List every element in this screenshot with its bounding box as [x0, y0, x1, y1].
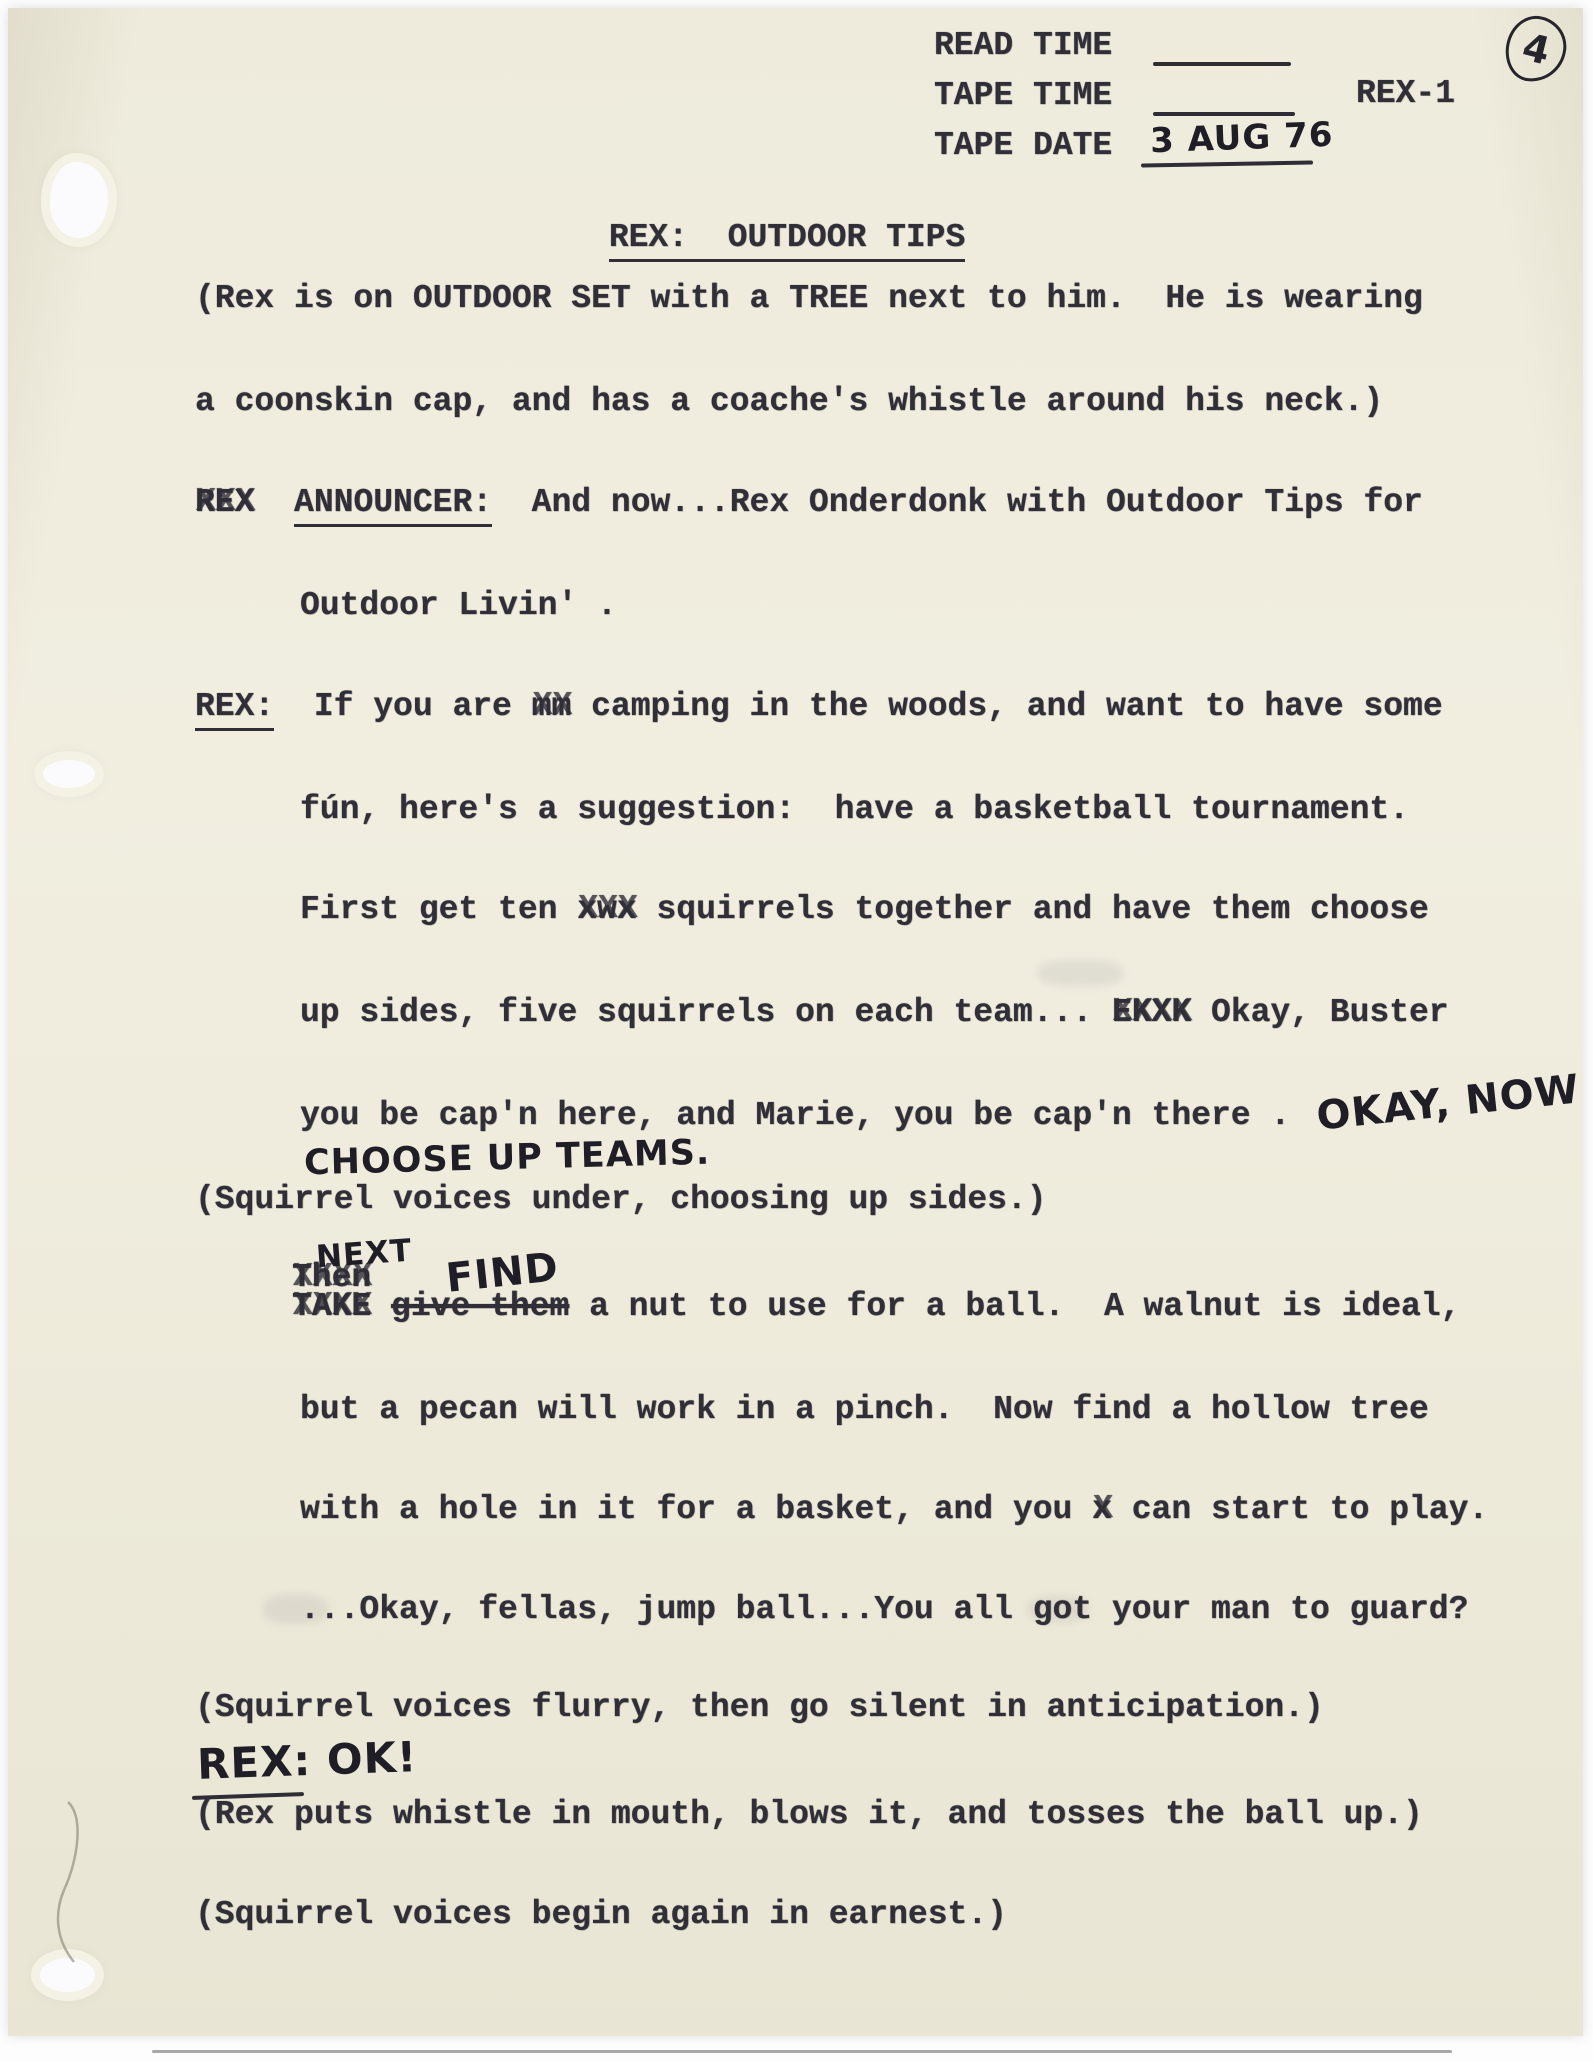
script-line: ...Okay, fellas, jump ball...You all got…: [300, 1590, 1468, 1630]
overstruck-text: xX: [1092, 1490, 1112, 1530]
typed-text: squirrels together and have them choose: [637, 890, 1429, 930]
typed-text: Okay, Buster: [1191, 993, 1448, 1033]
script-line: up sides, five squirrels on each team...…: [300, 993, 1449, 1033]
script-line: fún, here's a suggestion: have a basketb…: [300, 790, 1409, 830]
typed-text: And now...Rex Onderdonk with Outdoor Tip…: [492, 483, 1423, 523]
read-time-blank-line: [1153, 62, 1291, 66]
handwritten-rex-ok: REX: OK!: [196, 1732, 418, 1789]
script-line: REXXXX ANNOUNCER: And now...Rex Onderdon…: [195, 483, 1423, 527]
tape-date-handwritten-value: 3 AUG 76: [1149, 115, 1334, 161]
typed-text: [254, 483, 294, 523]
script-line: (Rex is on OUTDOOR SET with a TREE next …: [195, 279, 1423, 319]
typed-text: you be cap'n here, and Marie, you be cap…: [300, 1096, 1290, 1136]
script-page: READ TIME TAPE TIME REX-1 TAPE DATE 3 AU…: [8, 8, 1583, 2036]
overstruck-base-text: REX: [195, 484, 254, 521]
typed-text: with a hole in it for a basket, and you: [300, 1490, 1092, 1530]
typed-text: (Squirrel voices flurry, then go silent …: [195, 1688, 1324, 1728]
typed-text: fún, here's a suggestion: have a basketb…: [300, 790, 1409, 830]
scan-background: READ TIME TAPE TIME REX-1 TAPE DATE 3 AU…: [0, 0, 1593, 2062]
typed-text: (Rex is on OUTDOOR SET with a TREE next …: [195, 279, 1423, 319]
script-line: First get ten xwxXXX squirrels together …: [300, 890, 1429, 930]
typed-text: a coonskin cap, and has a coache's whist…: [195, 382, 1383, 422]
ink-smudge: [1038, 960, 1123, 986]
script-line: a coonskin cap, and has a coache's whist…: [195, 382, 1383, 422]
handwritten-next: NEXT: [315, 1233, 413, 1276]
script-line: REX: If you are mmXX camping in the wood…: [195, 687, 1443, 731]
page-title-text: REX: OUTDOOR TIPS: [609, 219, 965, 262]
script-line: (Squirrel voices begin again in earnest.…: [195, 1895, 1007, 1935]
script-line: you be cap'n here, and Marie, you be cap…: [300, 1096, 1290, 1136]
overstruck-text: REXXXX: [195, 483, 254, 523]
script-code: REX-1: [1356, 74, 1455, 114]
overstruck-text: EKXKXXXX: [1112, 993, 1191, 1033]
overstruck-base-text: xwx: [577, 891, 636, 928]
typed-text: camping in the woods, and want to have s…: [571, 687, 1442, 727]
overstruck-text: xwxXXX: [577, 890, 636, 930]
typed-text: (Squirrel voices under, choosing up side…: [195, 1180, 1047, 1220]
hole-punch: [50, 162, 108, 238]
script-line: (Rex puts whistle in mouth, blows it, an…: [195, 1795, 1423, 1835]
tape-date-underline: [1141, 160, 1313, 167]
handwritten-okay-now: OKAY, NOW: [1314, 1066, 1582, 1139]
typed-text: can start to play.: [1112, 1490, 1488, 1530]
script-line: with a hole in it for a basket, and you …: [300, 1490, 1488, 1530]
script-line: but a pecan will work in a pinch. Now fi…: [300, 1390, 1429, 1430]
page-number-badge: 4: [1502, 12, 1571, 86]
typed-text: (Squirrel voices begin again in earnest.…: [195, 1895, 1007, 1935]
overstruck-base-text: TAKE: [292, 1288, 371, 1325]
page-number: 4: [1518, 24, 1554, 73]
typed-text: ...Okay, fellas, jump ball...You all got…: [300, 1590, 1468, 1630]
overstruck-text: mmXX: [532, 687, 572, 727]
tape-time-label: TAPE TIME: [934, 76, 1112, 116]
hole-punch: [43, 760, 95, 788]
overstruck-base-text: EKXK: [1112, 994, 1191, 1031]
typed-text: Outdoor Livin' .: [300, 586, 617, 626]
overstruck-text: TAKEXXXX: [292, 1287, 371, 1327]
typed-text: [371, 1287, 391, 1327]
script-line: Outdoor Livin' .: [300, 586, 617, 626]
scan-edge-line: [152, 2050, 1452, 2053]
overstruck-base-text: mm: [532, 688, 572, 725]
pencil-mark: [46, 1798, 90, 1968]
overstruck-base-text: x: [1092, 1491, 1112, 1528]
read-time-label: READ TIME: [934, 26, 1112, 66]
typed-text: First get ten: [300, 890, 577, 930]
typed-text: up sides, five squirrels on each team...: [300, 993, 1112, 1033]
typed-text: but a pecan will work in a pinch. Now fi…: [300, 1390, 1429, 1430]
script-line: (Squirrel voices flurry, then go silent …: [195, 1688, 1324, 1728]
typed-text: If you are: [274, 687, 531, 727]
script-line: (Squirrel voices under, choosing up side…: [195, 1180, 1047, 1220]
underlined-text: ANNOUNCER:: [294, 483, 492, 527]
tape-date-label: TAPE DATE: [934, 126, 1112, 166]
handwritten-choose-up-teams: CHOOSE UP TEAMS.: [304, 1133, 711, 1184]
underlined-text: REX:: [195, 687, 274, 731]
typed-text: (Rex puts whistle in mouth, blows it, an…: [195, 1795, 1423, 1835]
tape-time-blank-line: [1153, 112, 1295, 116]
typed-text: a nut to use for a ball. A walnut is ide…: [569, 1287, 1460, 1327]
